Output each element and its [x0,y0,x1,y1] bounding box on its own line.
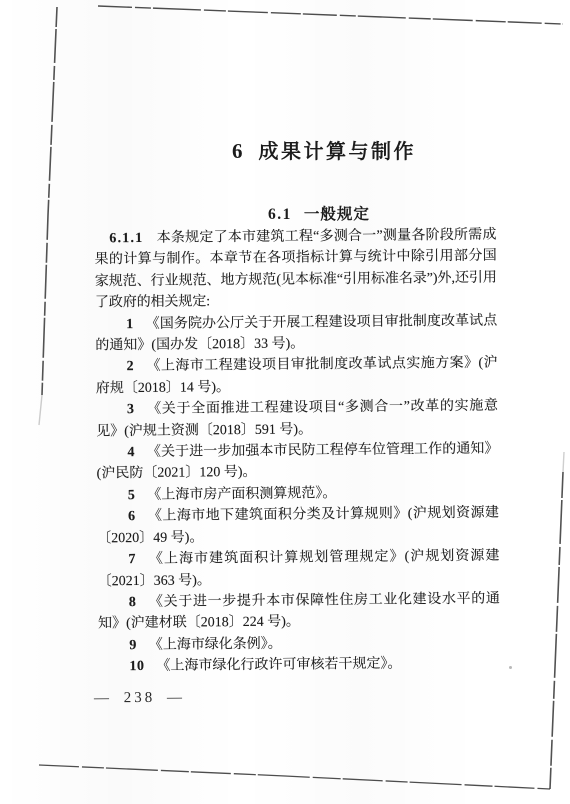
reference-item: 3《关于全面推进工程建设项目“多测合一”改革的实施意见》(沪规土资测〔2018〕… [96,396,498,443]
reference-text: 《上海市绿化条例》。 [149,636,282,652]
reference-list: 1《国务院办公厅关于开展工程建设项目审批制度改革试点的通知》(国办发〔2018〕… [95,310,500,678]
chapter-title-text: 成果计算与制作 [259,141,417,163]
scanned-document-page: 6成果计算与制作 6.1一般规定 6.1.1本条规定了本市建筑工程“多测合一”测… [0,0,570,804]
reference-number: 1 [126,317,134,332]
reference-number: 7 [128,552,136,567]
reference-number: 3 [127,402,135,417]
reference-text: 《关于全面推进工程建设项目“多测合一”改革的实施意见》(沪规土资测〔2018〕5… [96,399,498,439]
scan-speck [509,666,512,669]
page-number: — 238 — [94,690,185,708]
clause-text: 本条规定了本市建筑工程“多测合一”测量各阶段所需成果的计算与制作。本章节在各项指… [95,228,497,311]
reference-item: 8《关于进一步提升本市保障性住房工业化建设水平的通知》(沪建材联〔2018〕22… [98,588,500,635]
reference-item: 7《上海市建筑面积计算规划管理规定》(沪规划资源建〔2021〕363 号)。 [97,546,499,593]
reference-number: 5 [128,488,136,503]
reference-text: 《国务院办公厅关于开展工程建设项目审批制度改革试点的通知》(国办发〔2018〕3… [95,313,497,353]
reference-text: 《上海市绿化行政许可审核若干规定》。 [156,657,401,674]
reference-item: 2《上海市工程建设项目审批制度改革试点实施方案》(沪府规〔2018〕14 号)。 [96,353,498,400]
section-title-text: 一般规定 [304,206,370,223]
reference-number: 9 [129,638,137,653]
reference-text: 《上海市建筑面积计算规划管理规定》(沪规划资源建〔2021〕363 号)。 [98,549,500,589]
reference-number: 8 [129,595,137,610]
section-number: 6.1 [268,206,292,223]
reference-text: 《关于进一步提升本市保障性住房工业化建设水平的通知》(沪建材联〔2018〕224… [98,591,500,631]
reference-item: 4《关于进一步加强本市民防工程停车位管理工作的通知》(沪民防〔2021〕120 … [96,439,498,486]
reference-number: 4 [127,445,135,460]
section-heading: 6.1一般规定 [118,206,520,224]
reference-number: 10 [129,659,144,674]
reference-text: 《关于进一步加强本市民防工程停车位管理工作的通知》(沪民防〔2021〕120 号… [97,442,499,482]
reference-text: 《上海市地下建筑面积分类及计算规则》(沪规划资源建〔2020〕49 号)。 [97,506,499,546]
clause-paragraph: 6.1.1本条规定了本市建筑工程“多测合一”测量各阶段所需成果的计算与制作。本章… [94,225,497,314]
reference-item: 10《上海市绿化行政许可审核若干规定》。 [98,653,500,678]
chapter-heading: 6成果计算与制作 [123,140,525,163]
reference-item: 6《上海市地下建筑面积分类及计算规则》(沪规划资源建〔2020〕49 号)。 [97,503,499,550]
chapter-number: 6 [232,139,244,163]
clause-number: 6.1.1 [109,231,143,246]
reference-text: 《上海市房产面积测算规范》。 [147,486,336,503]
reference-item: 1《国务院办公厅关于开展工程建设项目审批制度改革试点的通知》(国办发〔2018〕… [95,310,497,357]
reference-text: 《上海市工程建设项目审批制度改革试点实施方案》(沪府规〔2018〕14 号)。 [96,356,498,396]
reference-number: 2 [127,359,135,374]
body-text-block: 6.1.1本条规定了本市建筑工程“多测合一”测量各阶段所需成果的计算与制作。本章… [94,225,500,678]
reference-number: 6 [128,509,136,524]
